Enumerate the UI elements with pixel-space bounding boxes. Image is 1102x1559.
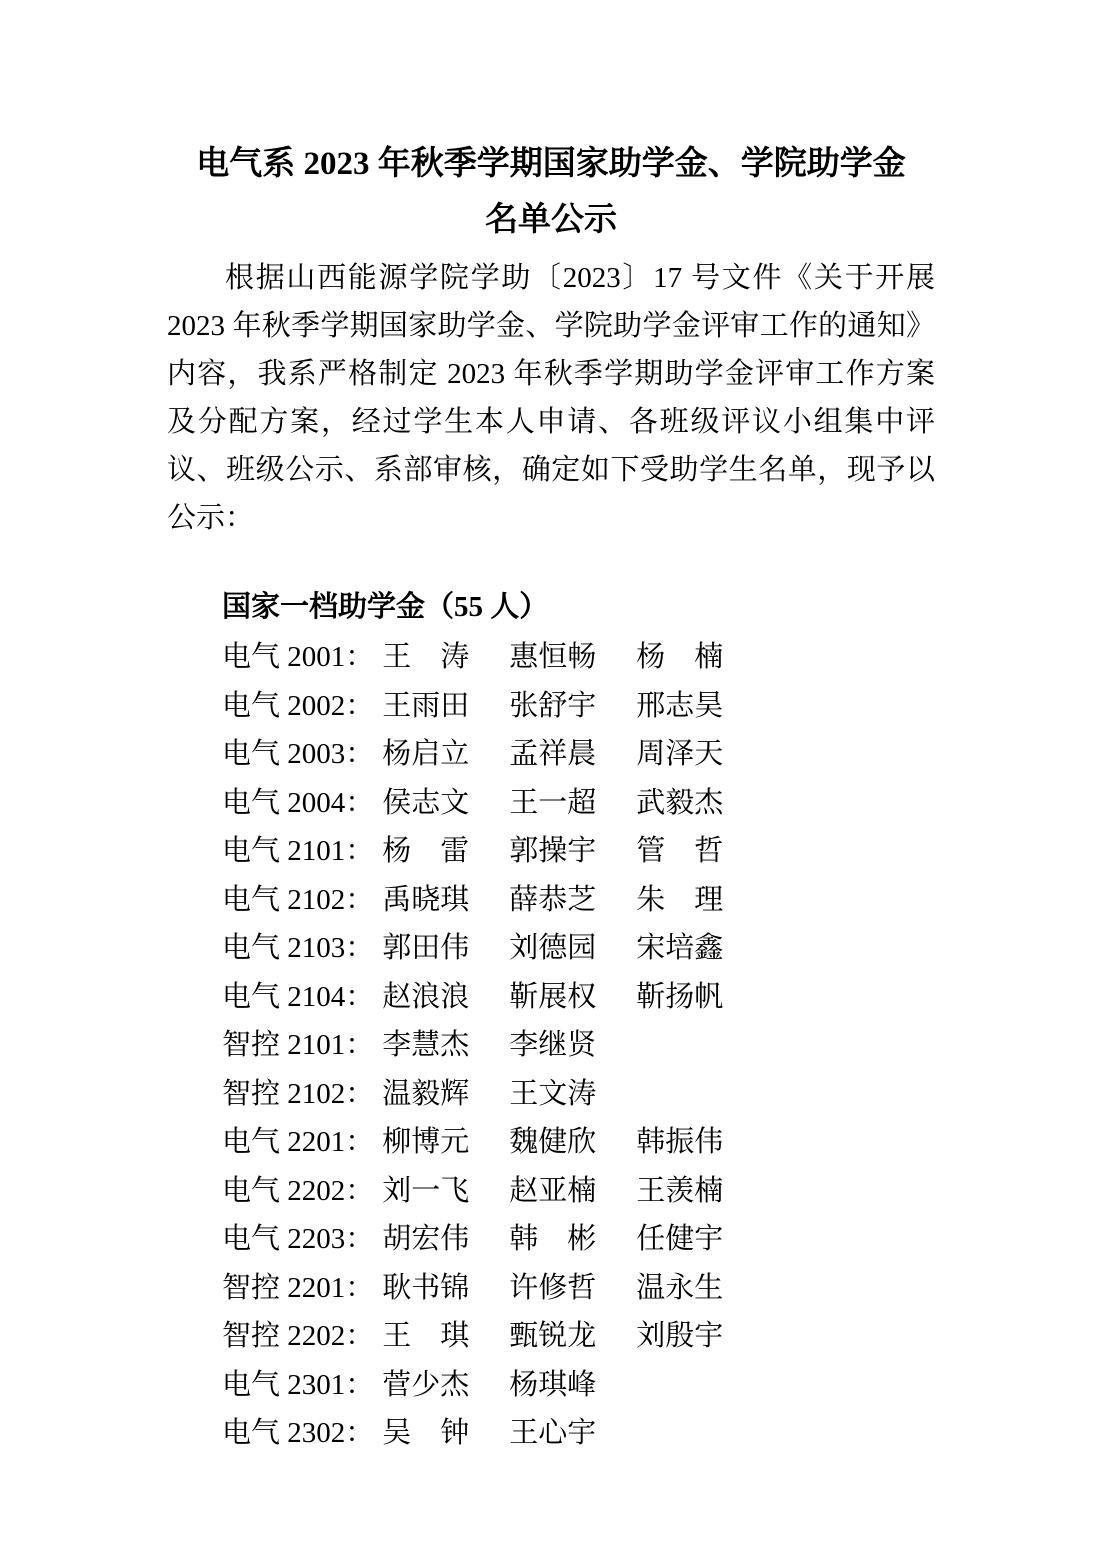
class-label: 电气 2101：: [222, 827, 374, 876]
student-name: 刘殷宇: [636, 1320, 723, 1352]
student-name: 靳扬帆: [636, 981, 723, 1013]
class-label: 电气 2302：: [222, 1409, 374, 1458]
list-item: 电气 2003： 杨启立孟祥晨周泽天: [167, 730, 935, 779]
class-label: 智控 2201：: [222, 1264, 374, 1313]
student-name: 刘德园: [509, 932, 596, 964]
row-names: 赵浪浪靳展权靳扬帆: [382, 973, 723, 1022]
student-name: 朱 理: [636, 884, 723, 916]
student-name: 吴 钟: [382, 1417, 469, 1449]
student-name: 王雨田: [382, 690, 469, 722]
student-name: 侯志文: [382, 787, 469, 819]
class-label: 电气 2003：: [222, 730, 374, 779]
student-name: 李慧杰: [382, 1029, 469, 1061]
student-name: 武毅杰: [636, 787, 723, 819]
student-name: 赵亚楠: [509, 1175, 596, 1207]
row-names: 禹晓琪薛恭芝朱 理: [382, 876, 723, 925]
row-names: 侯志文王一超武毅杰: [382, 779, 723, 828]
list-item: 电气 2102： 禹晓琪薛恭芝朱 理: [167, 876, 935, 925]
class-label: 电气 2301：: [222, 1361, 374, 1410]
student-name: 张舒宇: [509, 690, 596, 722]
list-item: 电气 2104： 赵浪浪靳展权靳扬帆: [167, 973, 935, 1022]
student-name: 赵浪浪: [382, 981, 469, 1013]
class-label: 电气 2201：: [222, 1118, 374, 1167]
class-label: 智控 2202：: [222, 1312, 374, 1361]
section-heading: 国家一档助学金（55 人）: [167, 583, 935, 631]
student-name: 王羡楠: [636, 1175, 723, 1207]
student-name: 孟祥晨: [509, 738, 596, 770]
list-item: 电气 2203： 胡宏伟韩 彬任健宇: [167, 1215, 935, 1264]
student-name: 甄锐龙: [509, 1320, 596, 1352]
list-item: 智控 2202： 王 琪甄锐龙刘殷宇: [167, 1312, 935, 1361]
list-item: 电气 2103： 郭田伟刘德园宋培鑫: [167, 924, 935, 973]
class-label: 智控 2101：: [222, 1021, 374, 1070]
document-title-line2: 名单公示: [485, 202, 617, 238]
row-names: 菅少杰杨琪峰: [382, 1361, 596, 1410]
student-name: 许修哲: [509, 1272, 596, 1304]
list-item: 电气 2004： 侯志文王一超武毅杰: [167, 779, 935, 828]
class-label: 智控 2102：: [222, 1070, 374, 1119]
row-names: 刘一飞赵亚楠王羡楠: [382, 1167, 723, 1216]
student-name: 李继贤: [509, 1029, 596, 1061]
student-name: 魏健欣: [509, 1126, 596, 1158]
row-names: 杨 雷郭操宇管 哲: [382, 827, 723, 876]
class-label: 电气 2202：: [222, 1167, 374, 1216]
student-name: 王一超: [509, 787, 596, 819]
list-item: 电气 2302： 吴 钟王心宇: [167, 1409, 935, 1458]
student-name: 王 琪: [382, 1320, 469, 1352]
student-name: 郭操宇: [509, 835, 596, 867]
intro-paragraph: 根据山西能源学院学助〔2023〕17 号文件《关于开展 2023 年秋季学期国家…: [167, 254, 935, 542]
row-names: 王 琪甄锐龙刘殷宇: [382, 1312, 723, 1361]
student-name: 宋培鑫: [636, 932, 723, 964]
document-page: 电气系 2023 年秋季学期国家助学金、学院助学金 名单公示 根据山西能源学院学…: [0, 0, 1102, 1559]
class-label: 电气 2002：: [222, 682, 374, 731]
list-item: 电气 2001： 王 涛惠恒畅杨 楠: [167, 633, 935, 682]
student-name: 杨 雷: [382, 835, 469, 867]
student-name: 禹晓琪: [382, 884, 469, 916]
list-item: 智控 2101： 李慧杰李继贤: [167, 1021, 935, 1070]
row-names: 杨启立孟祥晨周泽天: [382, 730, 723, 779]
student-name: 王心宇: [509, 1417, 596, 1449]
student-name: 杨 楠: [636, 641, 723, 673]
student-name: 韩振伟: [636, 1126, 723, 1158]
class-label: 电气 2001：: [222, 633, 374, 682]
class-label: 电气 2102：: [222, 876, 374, 925]
row-names: 吴 钟王心宇: [382, 1409, 596, 1458]
row-names: 柳博元魏健欣韩振伟: [382, 1118, 723, 1167]
student-name: 惠恒畅: [509, 641, 596, 673]
student-name: 刘一飞: [382, 1175, 469, 1207]
student-name: 管 哲: [636, 835, 723, 867]
student-name: 王 涛: [382, 641, 469, 673]
list-item: 电气 2202： 刘一飞赵亚楠王羡楠: [167, 1167, 935, 1216]
student-name: 任健宇: [636, 1223, 723, 1255]
document-title-line1: 电气系 2023 年秋季学期国家助学金、学院助学金: [196, 146, 906, 182]
class-label: 电气 2104：: [222, 973, 374, 1022]
row-names: 李慧杰李继贤: [382, 1021, 596, 1070]
row-names: 王 涛惠恒畅杨 楠: [382, 633, 723, 682]
row-names: 胡宏伟韩 彬任健宇: [382, 1215, 723, 1264]
list-item: 电气 2201： 柳博元魏健欣韩振伟: [167, 1118, 935, 1167]
student-name: 薛恭芝: [509, 884, 596, 916]
student-name: 杨琪峰: [509, 1369, 596, 1401]
row-names: 郭田伟刘德园宋培鑫: [382, 924, 723, 973]
list-item: 电气 2101： 杨 雷郭操宇管 哲: [167, 827, 935, 876]
list-item: 智控 2201： 耿书锦许修哲温永生: [167, 1264, 935, 1313]
document-title: 电气系 2023 年秋季学期国家助学金、学院助学金 名单公示: [167, 136, 935, 248]
student-name: 胡宏伟: [382, 1223, 469, 1255]
class-label: 电气 2103：: [222, 924, 374, 973]
row-names: 耿书锦许修哲温永生: [382, 1264, 723, 1313]
student-name: 杨启立: [382, 738, 469, 770]
student-name: 邢志昊: [636, 690, 723, 722]
student-name: 王文涛: [509, 1078, 596, 1110]
student-name: 周泽天: [636, 738, 723, 770]
row-names: 温毅辉王文涛: [382, 1070, 596, 1119]
student-name: 柳博元: [382, 1126, 469, 1158]
student-name: 温毅辉: [382, 1078, 469, 1110]
student-name: 韩 彬: [509, 1223, 596, 1255]
list-item: 电气 2002： 王雨田张舒宇邢志昊: [167, 682, 935, 731]
scholarship-list: 电气 2001： 王 涛惠恒畅杨 楠 电气 2002： 王雨田张舒宇邢志昊 电气…: [167, 633, 935, 1458]
student-name: 菅少杰: [382, 1369, 469, 1401]
student-name: 郭田伟: [382, 932, 469, 964]
student-name: 温永生: [636, 1272, 723, 1304]
list-item: 智控 2102： 温毅辉王文涛: [167, 1070, 935, 1119]
list-item: 电气 2301： 菅少杰杨琪峰: [167, 1361, 935, 1410]
student-name: 耿书锦: [382, 1272, 469, 1304]
student-name: 靳展权: [509, 981, 596, 1013]
class-label: 电气 2203：: [222, 1215, 374, 1264]
class-label: 电气 2004：: [222, 779, 374, 828]
row-names: 王雨田张舒宇邢志昊: [382, 682, 723, 731]
